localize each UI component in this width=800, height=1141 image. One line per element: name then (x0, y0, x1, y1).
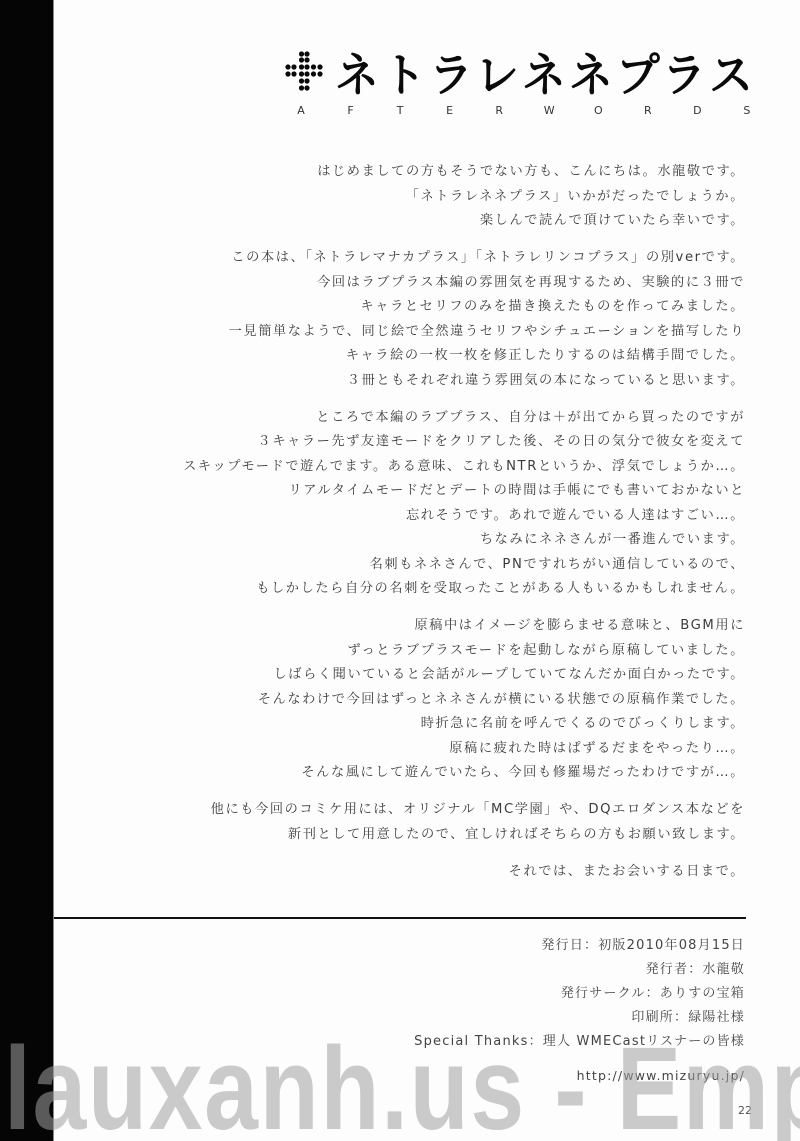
page-subtitle: A F T E R W O R D S (296, 104, 752, 117)
subtitle-letter: F (346, 104, 356, 117)
text-line: 新刊として用意したので、宜しければそちらの方もお願い致します。 (125, 823, 745, 848)
title-char: プ (616, 39, 660, 105)
title-char: ネ (335, 39, 379, 105)
title-char: ラ (662, 39, 706, 105)
text-line: キャラとセリフのみを描き換えたものを作ってみました。 (125, 295, 745, 320)
text-line: 原稿に疲れた時はぱずるだまをやったり…。 (125, 737, 745, 762)
text-line: もしかしたら自分の名刺を受取ったことがある人もいるかもしれません。 (125, 577, 745, 602)
text-line: スキップモードで遊んでます。ある意味、これもNTRというか、浮気でしょうか…。 (125, 455, 745, 480)
text-line: 名刺もネネさんで、PNですれちがい通信しているので、 (125, 553, 745, 578)
paragraph-manuscript: 原稿中はイメージを膨らませる意味と、BGM用に ずっとラブプラスモードを起動しな… (125, 614, 745, 786)
title-char: レ (475, 39, 519, 105)
subtitle-letter: E (445, 104, 455, 117)
text-line: 「ネトラレネネプラス」いかがだったでしょうか。 (125, 185, 745, 210)
title-char: ネ (522, 39, 566, 105)
text-line: この本は、「ネトラレマナカプラス」「ネトラレリンコプラス」の別verです。 (125, 246, 745, 271)
subtitle-letter: W (544, 104, 554, 117)
colophon: 発行日：初版2010年08月15日 発行者：水龍敬 発行サークル：ありすの宝箱 … (245, 934, 745, 1054)
black-spine-bar (0, 0, 53, 1141)
subtitle-letter: R (643, 104, 653, 117)
text-line: 楽しんで読んで頂けていたら幸いです。 (125, 209, 745, 234)
special-thanks: Special Thanks：理人 WMECastリスナーの皆様 (245, 1030, 745, 1054)
subtitle-letter: A (296, 104, 306, 117)
text-line: 一見簡単なようで、同じ絵で全然違うセリフやシチュエーションを描写したり (125, 320, 745, 345)
text-line: ちなみにネネさんが一番進んでいます。 (125, 528, 745, 553)
text-line: そんなわけで今回はずっとネネさんが横にいる状態での原稿作業でした。 (125, 688, 745, 713)
title-char: ネ (569, 39, 613, 105)
text-line: 忘れそうです。あれで遊んでいる人達はすごい…。 (125, 504, 745, 529)
text-line: しばらく聞いていると会話がループしていてなんだか面白かったです。 (125, 663, 745, 688)
subtitle-letter: T (395, 104, 405, 117)
publish-date: 発行日：初版2010年08月15日 (245, 934, 745, 958)
text-line: はじめましての方もそうでない方も、こんにちは。水龍敬です。 (125, 160, 745, 185)
text-line: キャラ絵の一枚一枚を修正したりするのは結構手間でした。 (125, 344, 745, 369)
publisher: 発行者：水龍敬 (245, 958, 745, 982)
spine-edge (53, 0, 54, 1141)
paragraph-about-book: この本は、「ネトラレマナカプラス」「ネトラレリンコプラス」の別verです。 今回… (125, 246, 745, 393)
text-line: 今回はラブプラス本編の雰囲気を再現するため、実験的に３冊で (125, 271, 745, 296)
text-line: そんな風にして遊んでいたら、今回も修羅場だったわけですが…。 (125, 761, 745, 786)
horizontal-divider (54, 917, 746, 919)
page-title: ネ ト ラ レ ネ ネ プ ラ ス (334, 44, 754, 100)
website-url: http://www.mizuryu.jp/ (577, 1068, 745, 1083)
text-line: ずっとラブプラスモードを起動しながら原稿していました。 (125, 639, 745, 664)
paragraph-loveplus: ところで本編のラブプラス、自分は＋が出てから買ったのですが ３キャラー先ず友達モ… (125, 406, 745, 602)
paragraph-greeting: はじめましての方もそうでない方も、こんにちは。水龍敬です。 「ネトラレネネプラス… (125, 160, 745, 234)
text-line: リアルタイムモードだとデートの時間は手帳にでも書いておかないと (125, 479, 745, 504)
text-line: 時折急に名前を呼んでくるのでびっくりします。 (125, 712, 745, 737)
text-line: ところで本編のラブプラス、自分は＋が出てから買ったのですが (125, 406, 745, 431)
title-char: ト (382, 39, 426, 105)
subtitle-letter: R (494, 104, 504, 117)
subtitle-letter: O (593, 104, 603, 117)
page-number: 22 (738, 1104, 752, 1117)
subtitle-letter: S (742, 104, 752, 117)
title-char: ラ (429, 39, 473, 105)
text-line: それでは、またお会いする日まで。 (125, 860, 745, 885)
paragraph-comiket: 他にも今回のコミケ用には、オリジナル「MC学園」や、DQエロダンス本などを 新刊… (125, 798, 745, 847)
printer: 印刷所：緑陽社様 (245, 1006, 745, 1030)
text-line: ３キャラー先ず友達モードをクリアした後、その日の気分で彼女を変えて (125, 430, 745, 455)
text-line: ３冊ともそれぞれ違う雰囲気の本になっていると思います。 (125, 369, 745, 394)
text-line: 原稿中はイメージを膨らませる意味と、BGM用に (125, 614, 745, 639)
title-char: ス (709, 39, 753, 105)
subtitle-letter: D (692, 104, 702, 117)
dotted-plus-icon (284, 50, 324, 92)
title-block: ネ ト ラ レ ネ ネ プ ラ ス A F T E R W O R D S (284, 44, 754, 124)
afterword-body: はじめましての方もそうでない方も、こんにちは。水龍敬です。 「ネトラレネネプラス… (125, 160, 745, 897)
paragraph-closing: それでは、またお会いする日まで。 (125, 860, 745, 885)
circle-name: 発行サークル：ありすの宝箱 (245, 982, 745, 1006)
text-line: 他にも今回のコミケ用には、オリジナル「MC学園」や、DQエロダンス本などを (125, 798, 745, 823)
